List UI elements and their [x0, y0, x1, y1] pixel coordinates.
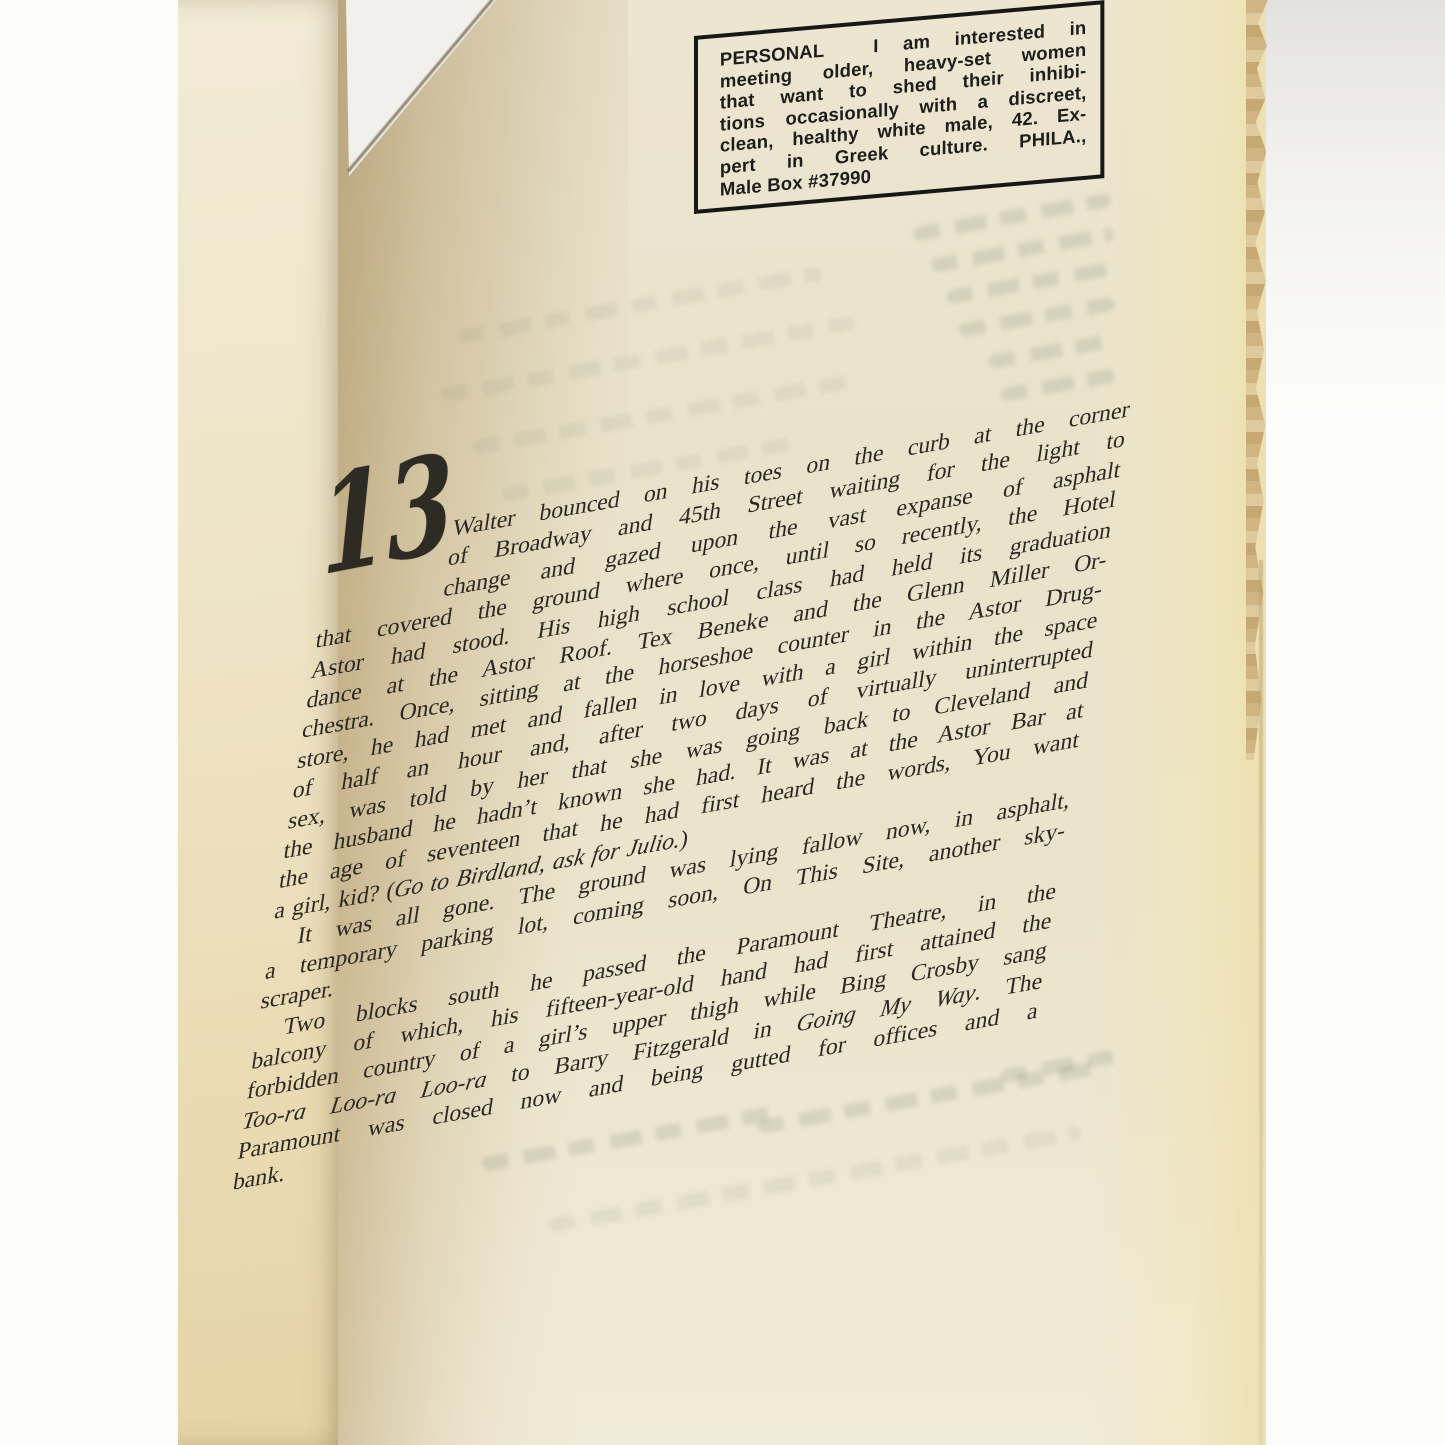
photo-background-right	[1240, 0, 1445, 1445]
page-curl-highlight	[1090, 0, 1266, 1445]
personal-ad-box: PERSONAL I am interested inmeeting older…	[694, 0, 1104, 214]
page-right-edge-line	[1259, 560, 1263, 1445]
book-page-photo: PERSONAL I am interested inmeeting older…	[0, 0, 1445, 1445]
photo-background-left	[0, 0, 180, 1445]
